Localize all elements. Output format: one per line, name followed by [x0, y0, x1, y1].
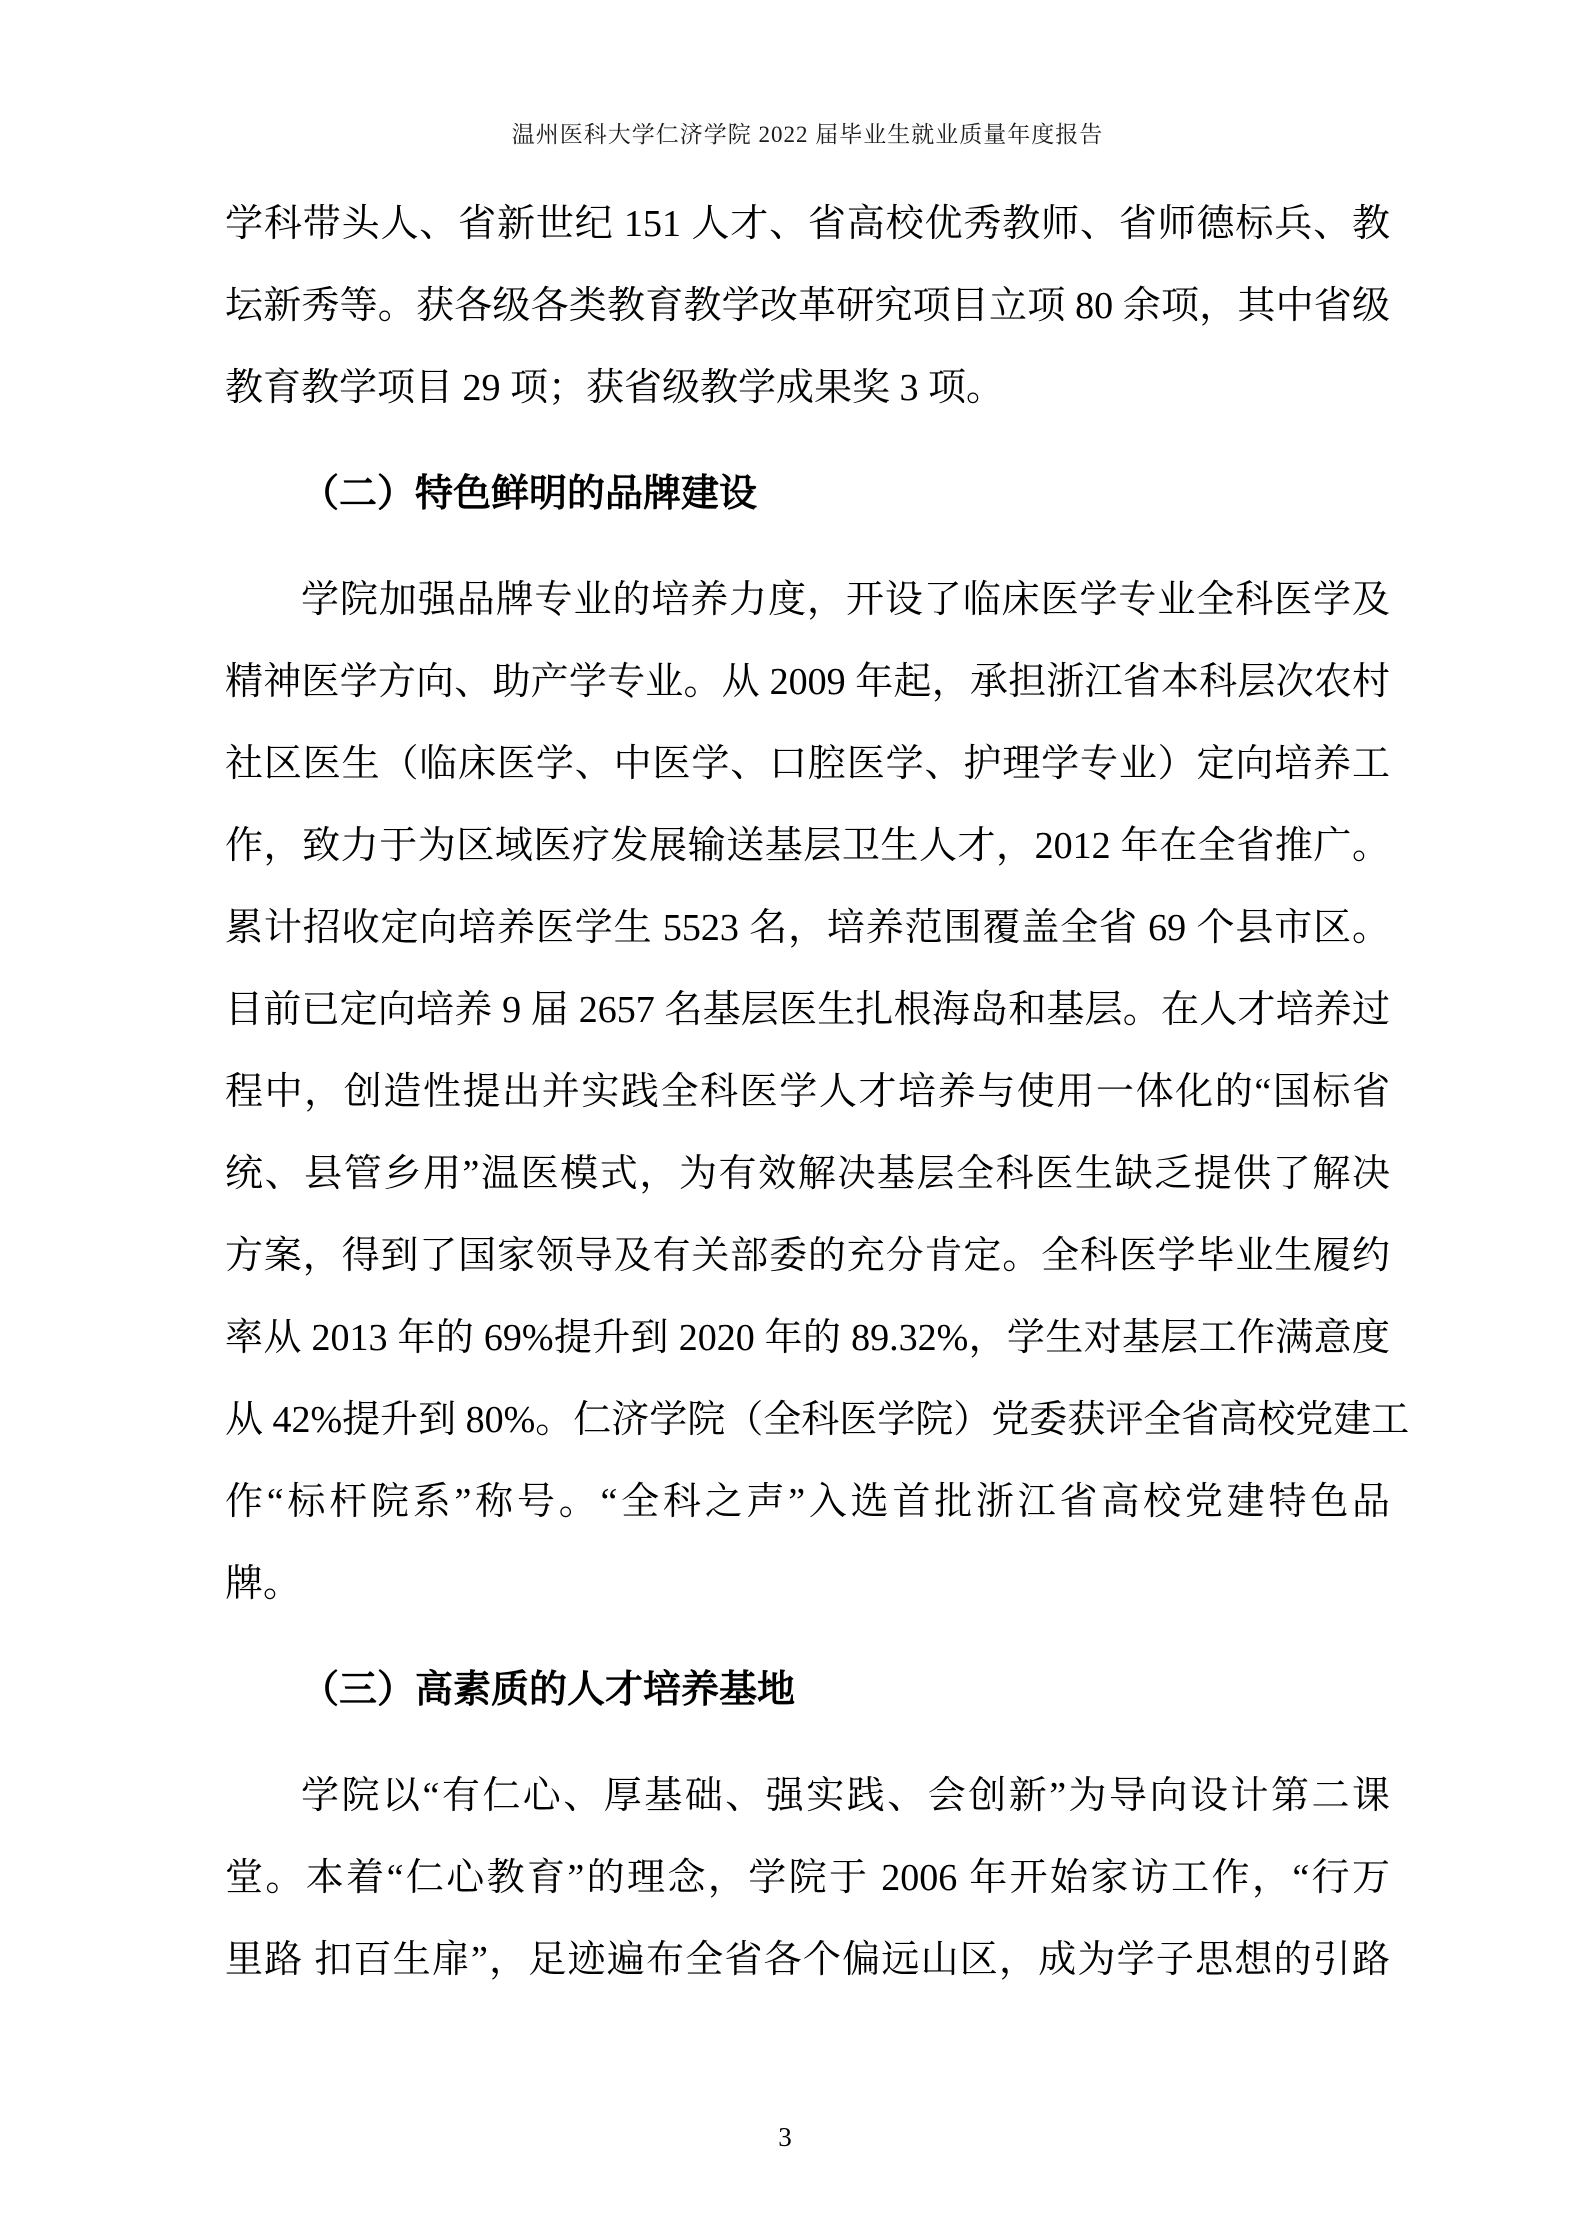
text-line: 累计招收定向培养医学生 5523 名，培养范围覆盖全省 69 个县市区。: [225, 887, 1390, 969]
paragraph: 学院加强品牌专业的培养力度，开设了临床医学专业全科医学及精神医学方向、助产学专业…: [225, 559, 1390, 1625]
text-line: 里路 扣百生扉”，足迹遍布全省各个偏远山区，成为学子思想的引路: [225, 1919, 1390, 2001]
text-line: 目前已定向培养 9 届 2657 名基层医生扎根海岛和基层。在人才培养过: [225, 969, 1390, 1051]
text-line: 学院加强品牌专业的培养力度，开设了临床医学专业全科医学及: [225, 559, 1390, 641]
text-line: 学院以“有仁心、厚基础、强实践、会创新”为导向设计第二课: [225, 1755, 1390, 1837]
text-line: 坛新秀等。获各级各类教育教学改革研究项目立项 80 余项，其中省级: [225, 265, 1390, 347]
text-line: 堂。本着“仁心教育”的理念，学院于 2006 年开始家访工作，“行万: [225, 1837, 1390, 1919]
text-line: 牌。: [225, 1543, 1390, 1625]
document-body: 学科带头人、省新世纪 151 人才、省高校优秀教师、省师德标兵、教坛新秀等。获各…: [225, 183, 1390, 2001]
section-heading: （二）特色鲜明的品牌建设: [225, 453, 1390, 535]
page-number: 3: [0, 2122, 1570, 2153]
text-line: 统、县管乡用”温医模式，为有效解决基层全科医生缺乏提供了解决: [225, 1133, 1390, 1215]
text-line: 作“标杆院系”称号。“全科之声”入选首批浙江省高校党建特色品: [225, 1461, 1390, 1543]
section-heading: （三）高素质的人才培养基地: [225, 1649, 1390, 1731]
text-line: 程中，创造性提出并实践全科医学人才培养与使用一体化的“国标省: [225, 1051, 1390, 1133]
text-line: 学科带头人、省新世纪 151 人才、省高校优秀教师、省师德标兵、教: [225, 183, 1390, 265]
text-line: 作，致力于为区域医疗发展输送基层卫生人才，2012 年在全省推广。: [225, 805, 1390, 887]
text-line: 教育教学项目 29 项；获省级教学成果奖 3 项。: [225, 347, 1390, 429]
document-page: 温州医科大学仁济学院 2022 届毕业生就业质量年度报告 学科带头人、省新世纪 …: [0, 0, 1570, 2222]
text-line: 率从 2013 年的 69%提升到 2020 年的 89.32%，学生对基层工作…: [225, 1297, 1390, 1379]
text-line: 社区医生（临床医学、中医学、口腔医学、护理学专业）定向培养工: [225, 723, 1390, 805]
paragraph: 学院以“有仁心、厚基础、强实践、会创新”为导向设计第二课堂。本着“仁心教育”的理…: [225, 1755, 1390, 2001]
text-line: 精神医学方向、助产学专业。从 2009 年起，承担浙江省本科层次农村: [225, 641, 1390, 723]
paragraph: 学科带头人、省新世纪 151 人才、省高校优秀教师、省师德标兵、教坛新秀等。获各…: [225, 183, 1390, 429]
running-header-title: 温州医科大学仁济学院 2022 届毕业生就业质量年度报告: [225, 116, 1390, 149]
text-line: 方案，得到了国家领导及有关部委的充分肯定。全科医学毕业生履约: [225, 1215, 1390, 1297]
text-line: 从 42%提升到 80%。仁济学院（全科医学院）党委获评全省高校党建工: [225, 1379, 1390, 1461]
